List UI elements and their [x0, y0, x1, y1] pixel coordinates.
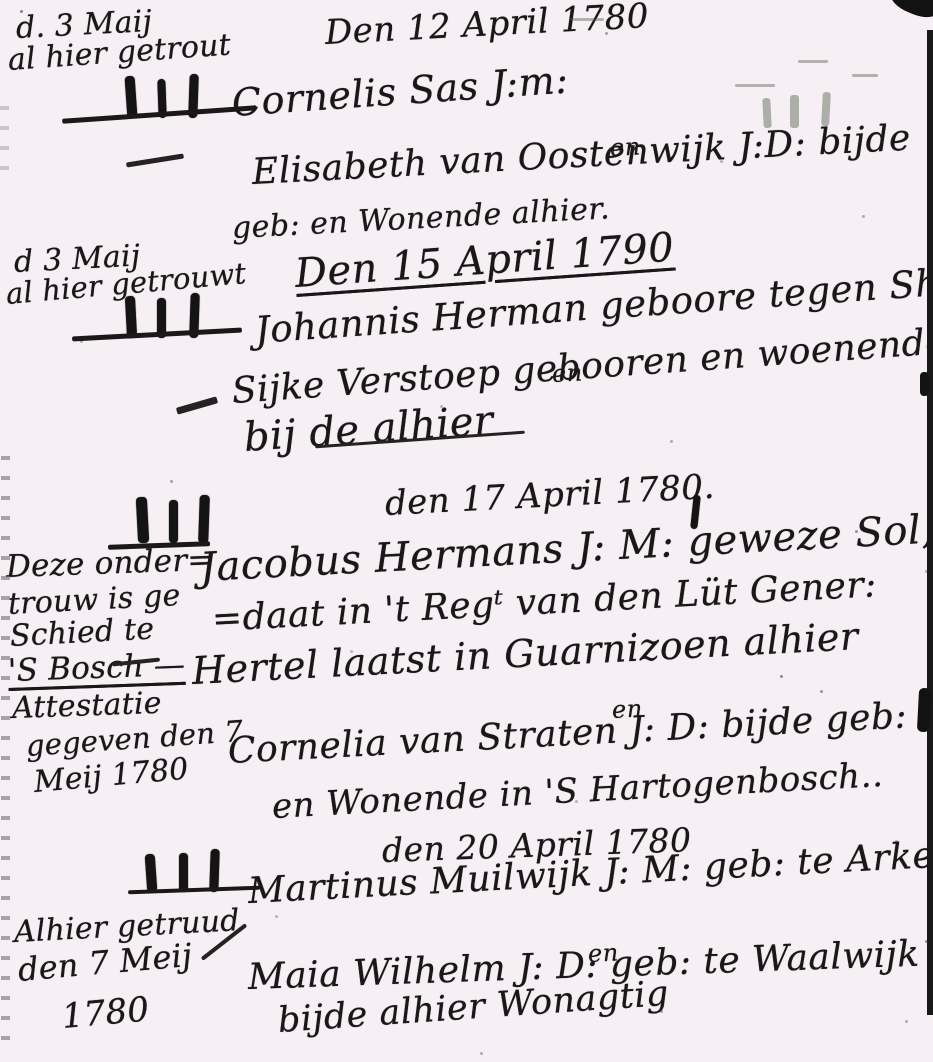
ink-specks [20, 10, 23, 13]
margin-note: Attestatie [11, 689, 162, 724]
residence-line: bij de alhier [243, 401, 495, 458]
residence-line: en Wonende in 'S Hartogenbosch.. [271, 758, 884, 824]
binding-edge-marks [1, 440, 10, 1050]
bride-name-line: Elisabeth van Oostenwijk J:D: bijde [251, 121, 912, 191]
binding-edge-marks [0, 90, 9, 180]
scan-corner-blob [887, 0, 933, 22]
margin-note: 'S Bosch — [7, 650, 185, 687]
scan-edge-blob [917, 688, 931, 733]
ink-dash [126, 153, 184, 167]
entry-date: Den 12 April 1780 [324, 0, 650, 50]
scan-edge-blob [920, 372, 929, 396]
margin-note: Schied te [9, 614, 155, 652]
margin-note: 1780 [61, 992, 151, 1033]
margin-note: Deze onder= [5, 545, 214, 583]
groom-name-line: Cornelis Sas J:m: [231, 61, 570, 122]
register-page-scan: d. 3 Maij al hier getrout Den 12 April 1… [0, 0, 933, 1062]
scan-border-right [927, 30, 933, 1015]
entry-date: den 17 April 1780. [384, 470, 715, 521]
ink-dash [176, 396, 218, 414]
margin-note: Meij 1780 [33, 755, 190, 798]
